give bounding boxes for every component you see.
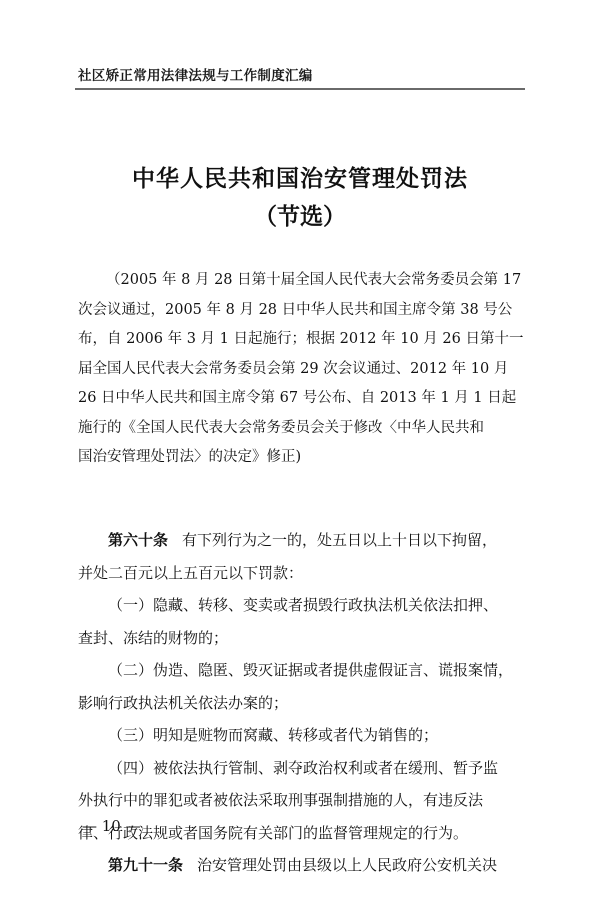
article-60-first-line: 第六十条有下列行为之一的，处五日以上十日以下拘留， [78, 524, 524, 557]
article-item: 外执行中的罪犯或者被依法采取刑事强制措施的人，有违反法 [78, 784, 524, 817]
preamble: （2005 年 8 月 28 日第十届全国人民代表大会常务委员会第 17 次会议… [78, 266, 524, 473]
article-91-first-line: 第九十一条治安管理处罚由县级以上人民政府公安机关决 [78, 849, 524, 882]
article-text: 有下列行为之一的，处五日以上十日以下拘留， [182, 531, 497, 549]
document-title: 中华人民共和国治安管理处罚法 [0, 160, 600, 193]
article-text: 治安管理处罚由县级以上人民政府公安机关决 [197, 856, 497, 874]
preamble-line: 施行的《全国人民代表大会常务委员会关于修改〈中华人民共和 [78, 414, 524, 444]
article-number: 第六十条 [108, 531, 168, 549]
preamble-line: （2005 年 8 月 28 日第十届全国人民代表大会常务委员会第 17 [78, 266, 524, 296]
preamble-line: 26 日中华人民共和国主席令第 67 号公布、自 2013 年 1 月 1 日起 [78, 384, 524, 414]
preamble-line: 届全国人民代表大会常务委员会第 29 次会议通过、2012 年 10 月 [78, 355, 524, 385]
article-item: 律、行政法规或者国务院有关部门的监督管理规定的行为。 [78, 817, 524, 850]
article-item: （二）伪造、隐匿、毁灭证据或者提供虚假证言、谎报案情， [78, 654, 524, 687]
preamble-line: 国治安管理处罚法〉的决定》修正) [78, 443, 524, 473]
preamble-line: 次会议通过，2005 年 8 月 28 日中华人民共和国主席令第 38 号公 [78, 296, 524, 326]
page-number: — 10 — [82, 817, 141, 835]
article-number: 第九十一条 [108, 856, 183, 874]
article-text: 并处二百元以上五百元以下罚款： [78, 557, 524, 590]
header-rule [75, 88, 525, 90]
document-subtitle: （节选） [0, 198, 600, 231]
preamble-line: 布，自 2006 年 3 月 1 日起施行；根据 2012 年 10 月 26 … [78, 325, 524, 355]
article-item: （四）被依法执行管制、剥夺政治权利或者在缓刑、暂予监 [78, 752, 524, 785]
article-item: 查封、冻结的财物的； [78, 622, 524, 655]
article-item: （一）隐藏、转移、变卖或者损毁行政执法机关依法扣押、 [78, 589, 524, 622]
running-header: 社区矫正常用法律法规与工作制度汇编 [78, 64, 313, 84]
article-body: 第六十条有下列行为之一的，处五日以上十日以下拘留， 并处二百元以上五百元以下罚款… [78, 524, 524, 882]
article-item: 影响行政执法机关依法办案的； [78, 687, 524, 720]
article-item: （三）明知是赃物而窝藏、转移或者代为销售的； [78, 719, 524, 752]
